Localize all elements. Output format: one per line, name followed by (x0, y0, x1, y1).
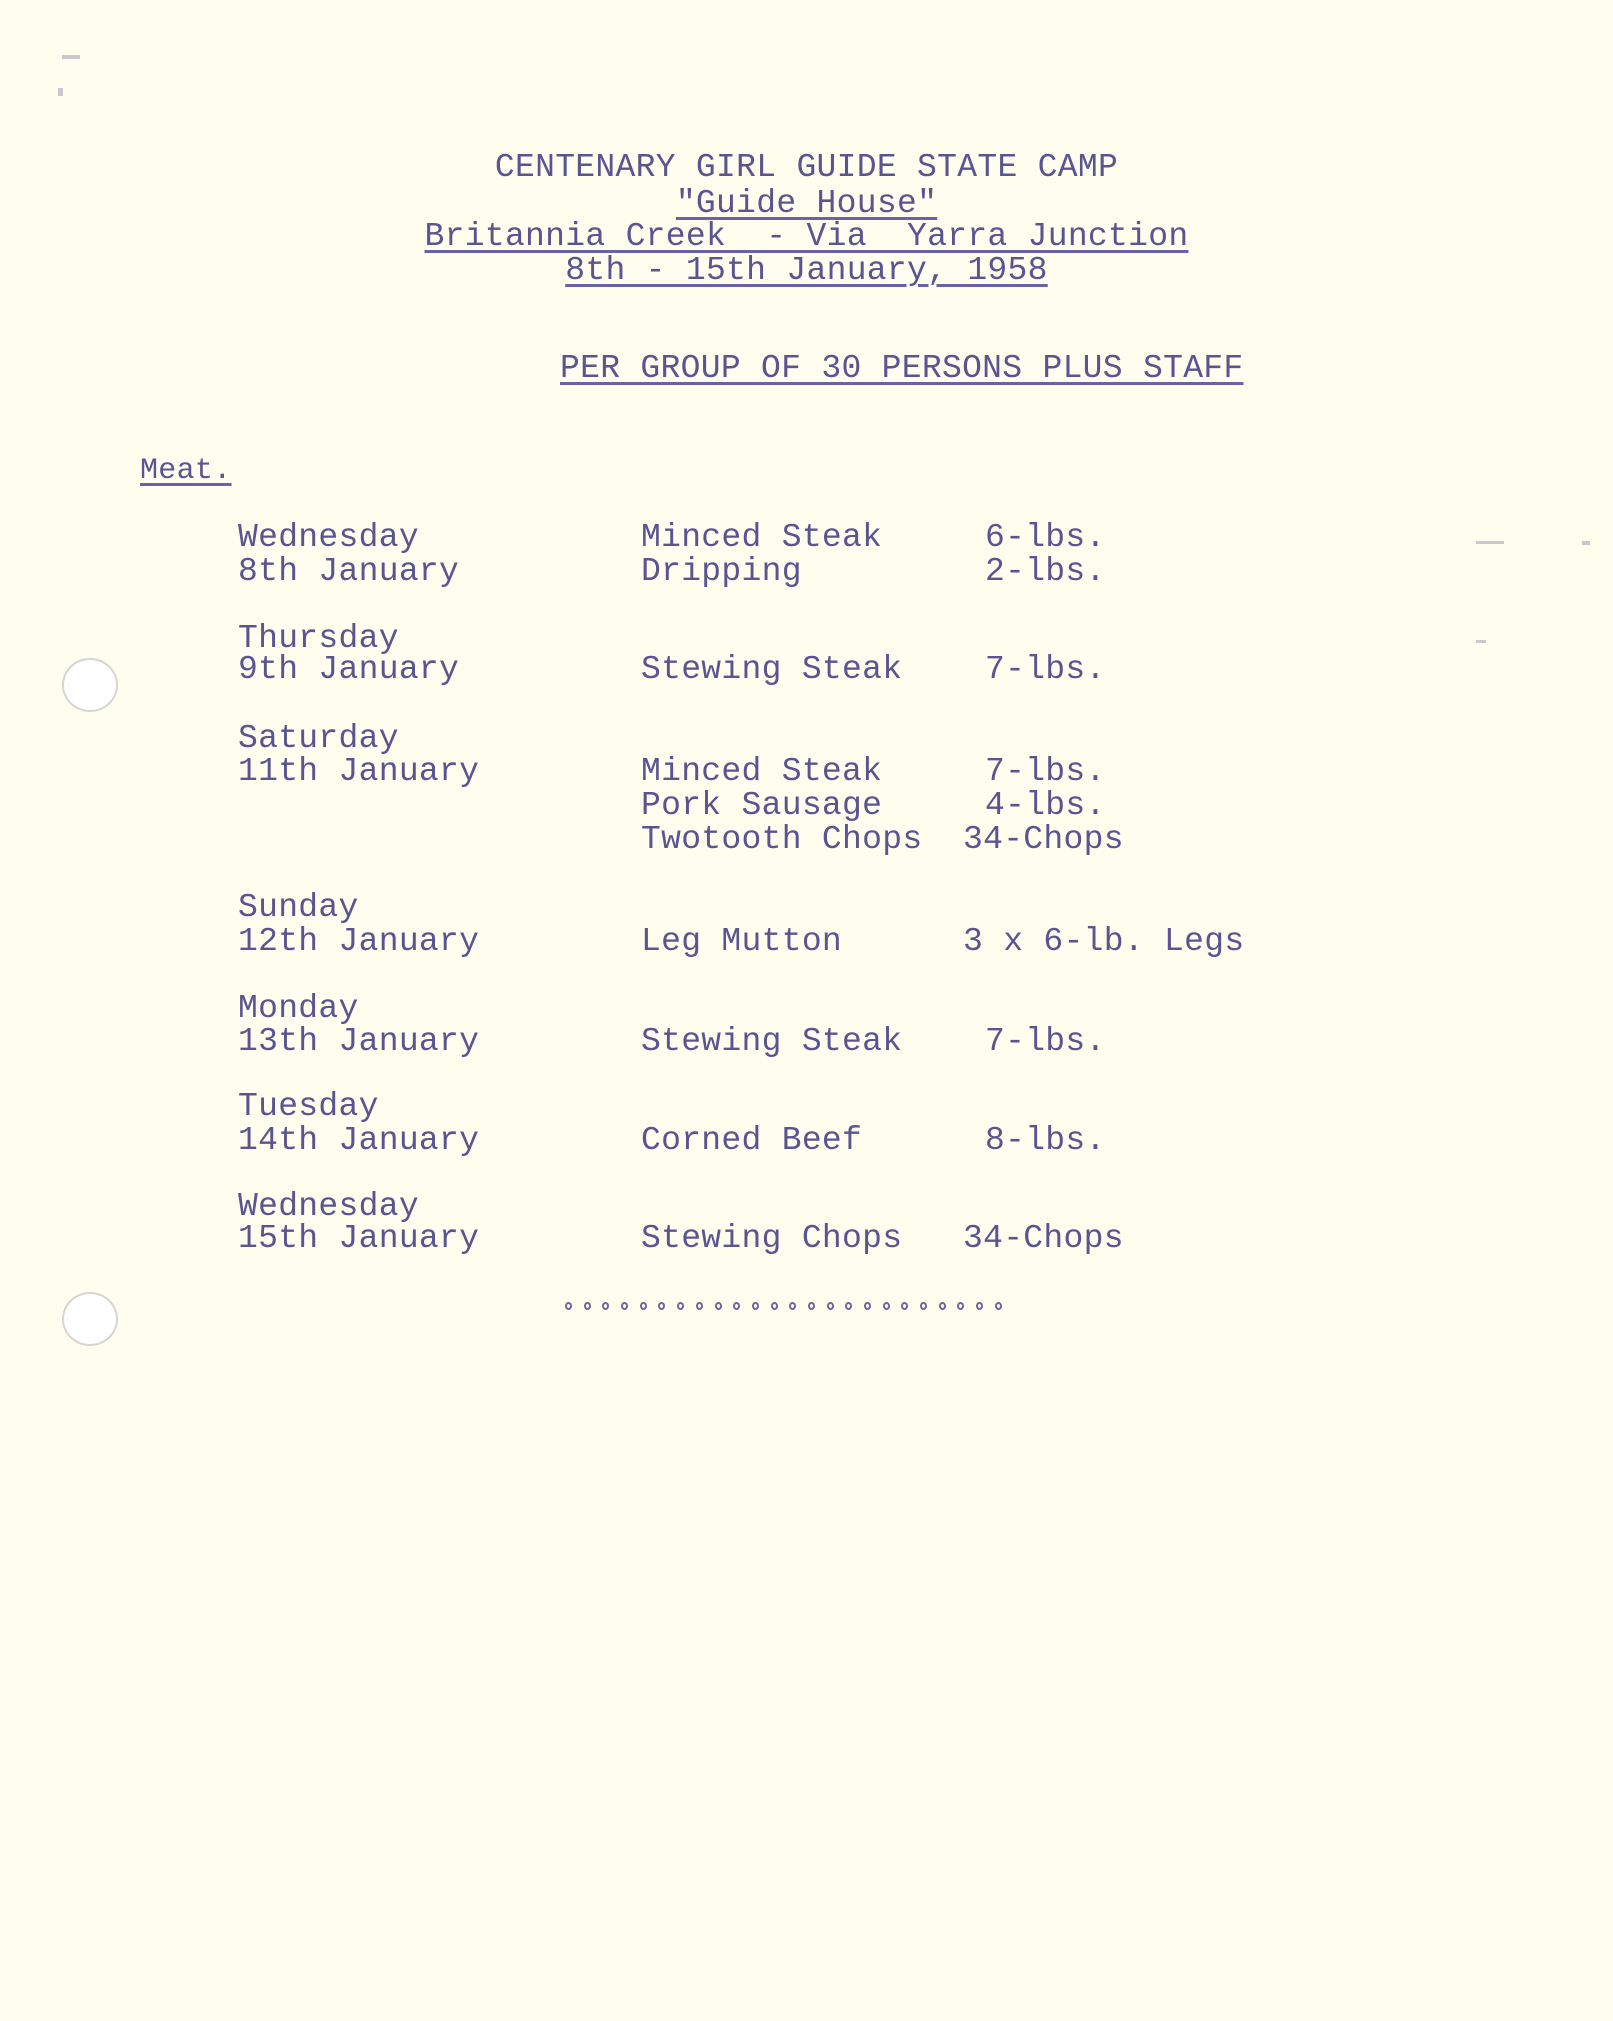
section-title-wrap: Meat. (140, 455, 232, 488)
schedule-item: Stewing Steak (641, 653, 902, 686)
marker-dot (883, 1302, 890, 1310)
header-title: CENTENARY GIRL GUIDE STATE CAMP (0, 151, 1613, 184)
schedule-day: Tuesday (238, 1090, 379, 1123)
schedule-date: 11th January (238, 755, 479, 788)
schedule-quantity: 3 x 6-lb. Legs (963, 925, 1244, 958)
marker-dot (677, 1302, 684, 1310)
typed-document-page: CENTENARY GIRL GUIDE STATE CAMP "Guide H… (0, 0, 1613, 2021)
schedule-item: Minced Steak (641, 755, 882, 788)
schedule-date: 9th January (238, 653, 459, 686)
end-of-list-marker (565, 1302, 1002, 1310)
header-venue-wrap: "Guide House" (0, 187, 1613, 220)
marker-dot (827, 1302, 834, 1310)
marker-dot (808, 1302, 815, 1310)
punch-hole (62, 1292, 118, 1346)
schedule-quantity: 7-lbs. (985, 755, 1106, 788)
subheading-wrap: PER GROUP OF 30 PERSONS PLUS STAFF (560, 352, 1244, 385)
marker-dot (771, 1302, 778, 1310)
schedule-date: 13th January (238, 1025, 479, 1058)
marker-dot (845, 1302, 852, 1310)
paper-mark (1476, 640, 1486, 643)
schedule-item: Pork Sausage (641, 789, 882, 822)
marker-dot (584, 1302, 591, 1310)
section-title: Meat. (140, 454, 232, 488)
header-dates-wrap: 8th - 15th January, 1958 (0, 254, 1613, 287)
schedule-date: 12th January (238, 925, 479, 958)
marker-dot (696, 1302, 703, 1310)
schedule-date: 15th January (238, 1222, 479, 1255)
schedule-item: Stewing Steak (641, 1025, 902, 1058)
schedule-quantity: 34-Chops (963, 1222, 1124, 1255)
schedule-day: Wednesday (238, 521, 419, 554)
marker-dot (920, 1302, 927, 1310)
header-location-wrap: Britannia Creek - Via Yarra Junction (0, 220, 1613, 253)
schedule-quantity: 34-Chops (963, 823, 1124, 856)
marker-dot (621, 1302, 628, 1310)
marker-dot (658, 1302, 665, 1310)
schedule-quantity: 6-lbs. (985, 521, 1106, 554)
schedule-day: Wednesday (238, 1190, 419, 1223)
marker-dot (976, 1302, 983, 1310)
punch-hole (62, 658, 118, 712)
schedule-item: Minced Steak (641, 521, 882, 554)
header-dates: 8th - 15th January, 1958 (565, 252, 1047, 289)
subheading: PER GROUP OF 30 PERSONS PLUS STAFF (560, 350, 1244, 387)
schedule-quantity: 8-lbs. (985, 1124, 1106, 1157)
schedule-day: Saturday (238, 722, 399, 755)
paper-mark (62, 55, 80, 59)
schedule-item: Stewing Chops (641, 1222, 902, 1255)
marker-dot (789, 1302, 796, 1310)
paper-mark (1582, 541, 1590, 545)
marker-dot (715, 1302, 722, 1310)
schedule-quantity: 7-lbs. (985, 653, 1106, 686)
paper-mark (1476, 541, 1504, 544)
schedule-item: Leg Mutton (641, 925, 842, 958)
schedule-quantity: 4-lbs. (985, 789, 1106, 822)
schedule-item: Corned Beef (641, 1124, 862, 1157)
paper-mark (58, 88, 63, 96)
marker-dot (901, 1302, 908, 1310)
marker-dot (565, 1302, 572, 1310)
marker-dot (864, 1302, 871, 1310)
schedule-quantity: 2-lbs. (985, 555, 1106, 588)
marker-dot (939, 1302, 946, 1310)
marker-dot (995, 1302, 1002, 1310)
schedule-day: Sunday (238, 891, 359, 924)
marker-dot (752, 1302, 759, 1310)
marker-dot (733, 1302, 740, 1310)
schedule-item: Twotooth Chops (641, 823, 922, 856)
schedule-quantity: 7-lbs. (985, 1025, 1106, 1058)
schedule-date: 14th January (238, 1124, 479, 1157)
marker-dot (640, 1302, 647, 1310)
schedule-item: Dripping (641, 555, 802, 588)
header-location: Britannia Creek - Via Yarra Junction (425, 218, 1189, 255)
header-venue: "Guide House" (676, 185, 937, 222)
marker-dot (957, 1302, 964, 1310)
schedule-day: Monday (238, 992, 359, 1025)
schedule-date: 8th January (238, 555, 459, 588)
marker-dot (602, 1302, 609, 1310)
